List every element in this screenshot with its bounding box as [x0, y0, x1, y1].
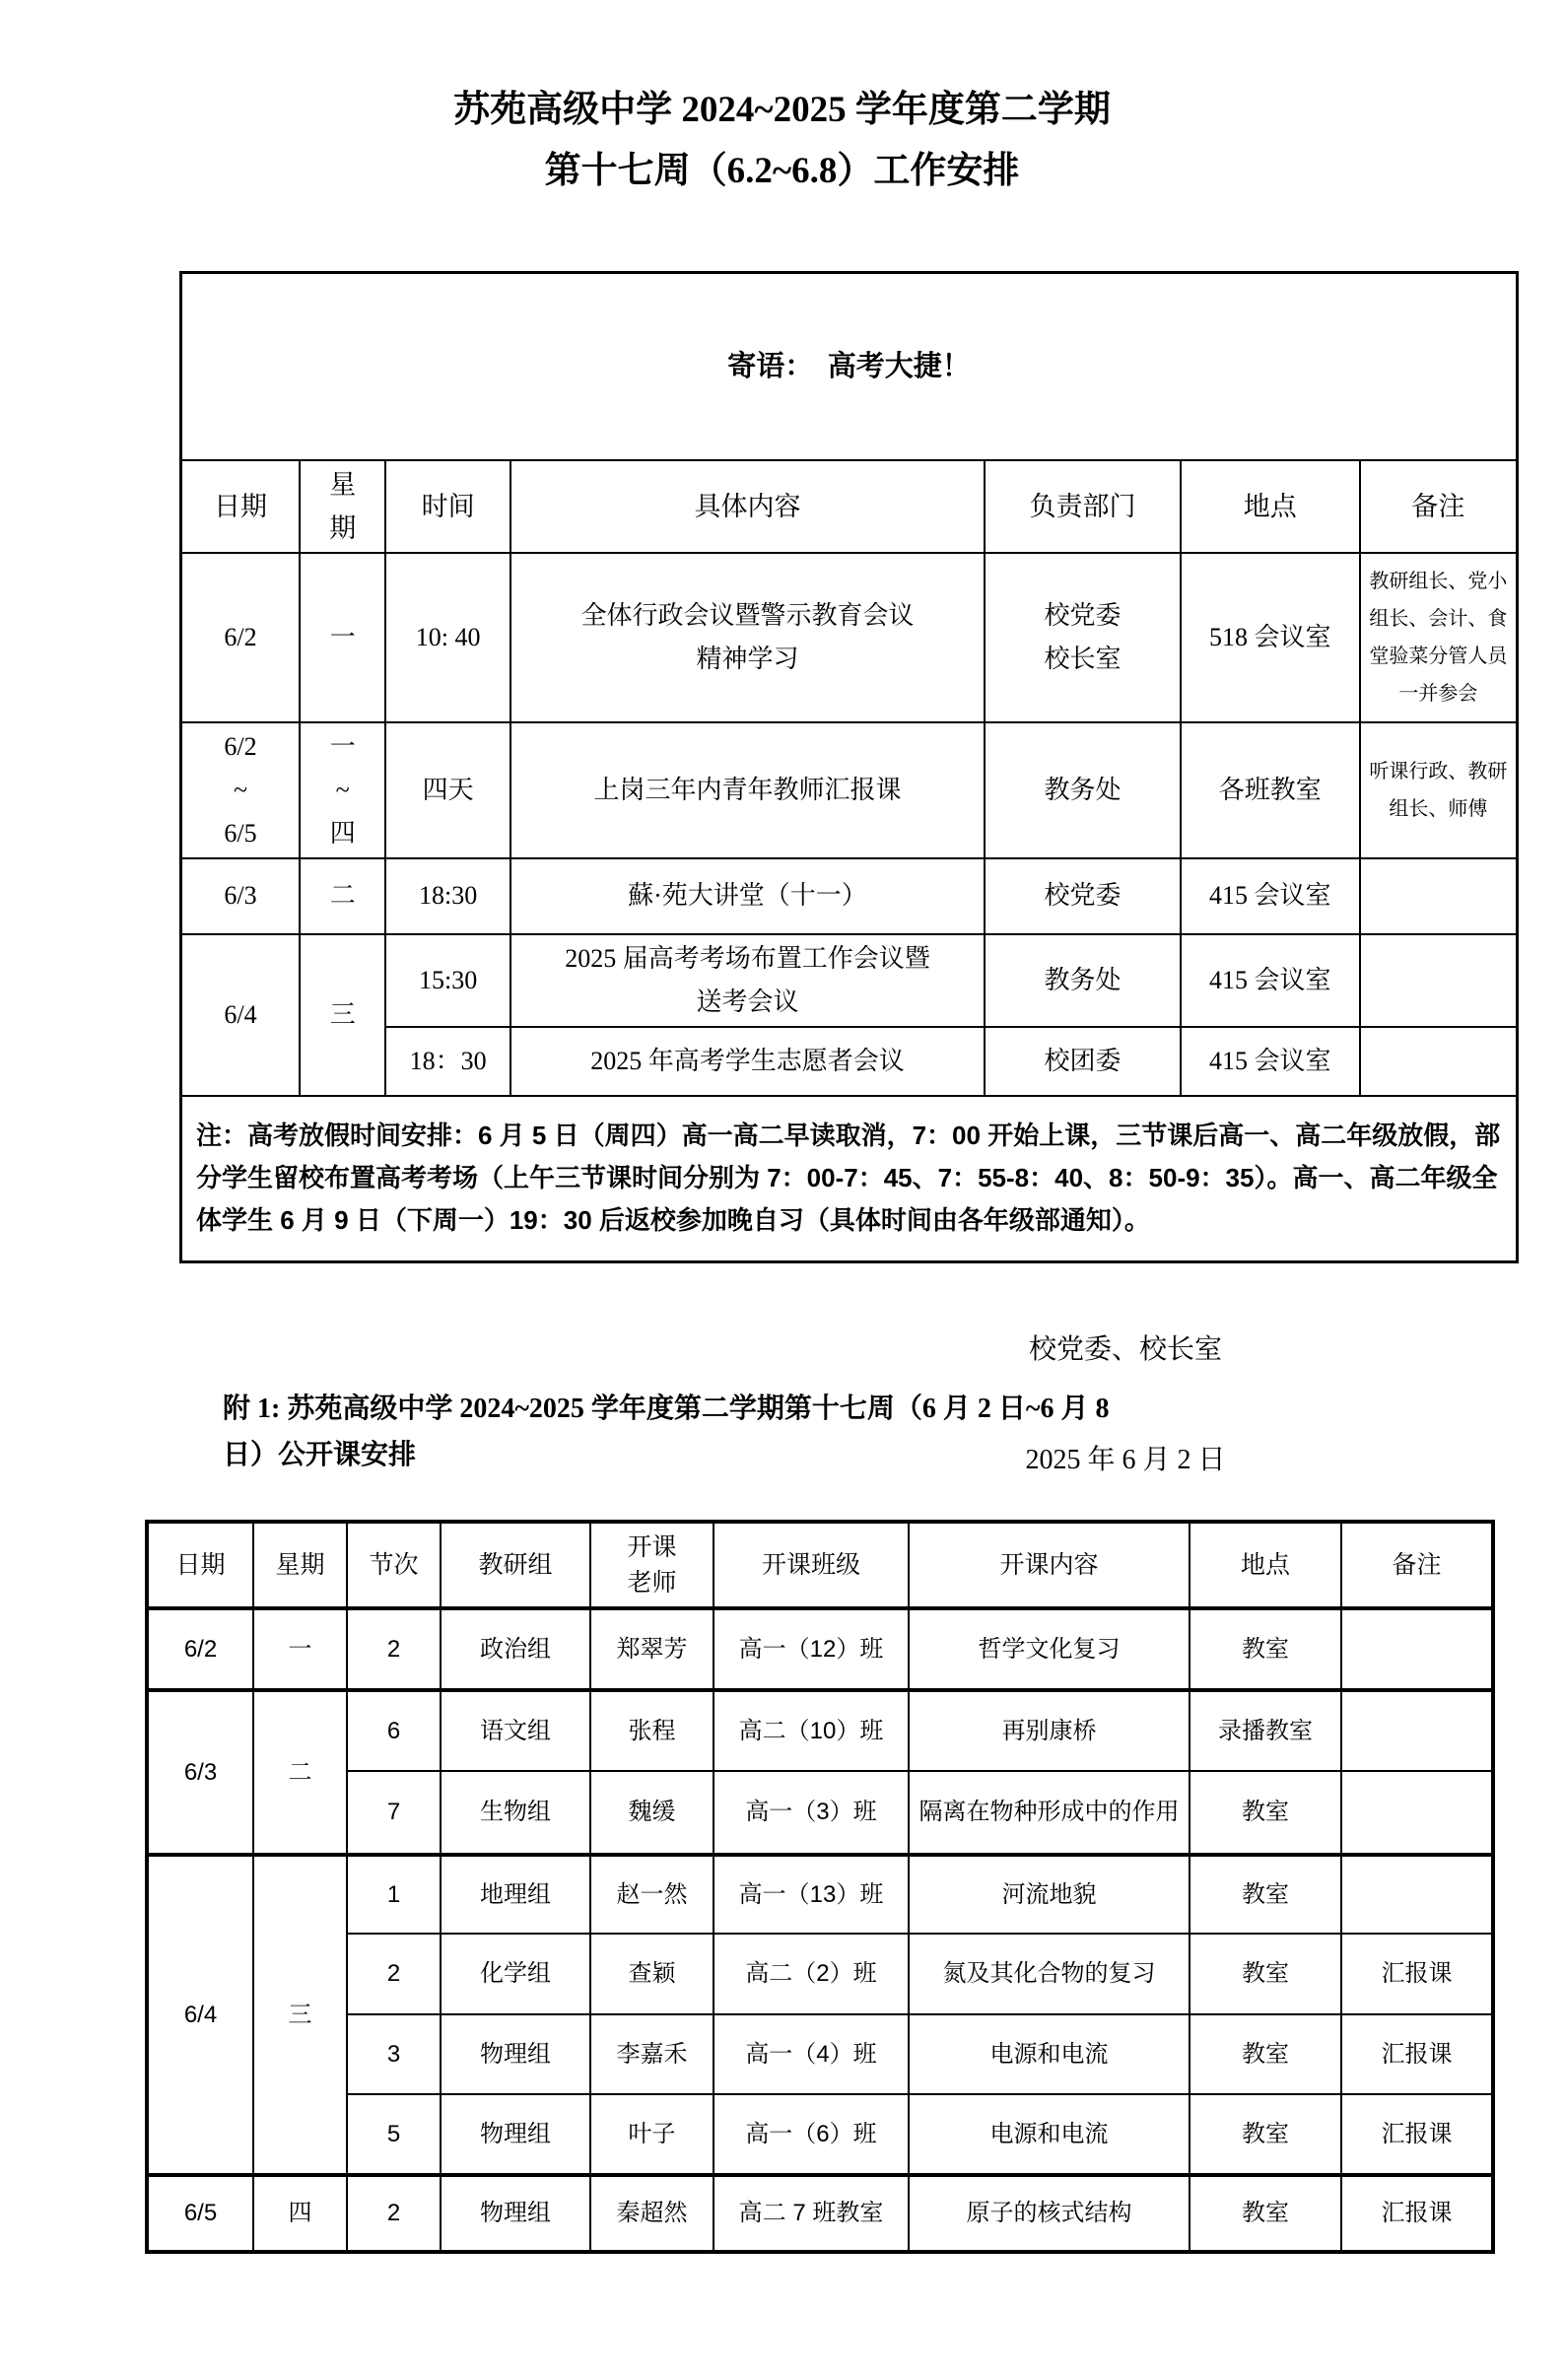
table-row: 6/3 二 6 语文组 张程 高二（10）班 再别康桥 录播教室: [147, 1690, 1493, 1771]
cell-date: 6/2 ~ 6/5: [181, 722, 301, 858]
holiday-note-text: 注：高考放假时间安排：6 月 5 日（周四）高一高二早读取消，7：00 开始上课…: [181, 1096, 1518, 1262]
open-class-schedule-table: 日期 星期 节次 教研组 开课 老师 开课班级 开课内容 地点 备注 6/2 一…: [145, 1520, 1495, 2254]
header-weekday: 星期: [253, 1522, 347, 1608]
cell-class: 高一（3）班: [714, 1771, 909, 1855]
cell-period: 1: [347, 1855, 441, 1934]
cell-remark: 汇报课: [1341, 2014, 1493, 2094]
cell-lesson-content: 隔离在物种形成中的作用: [909, 1771, 1190, 1855]
appendix-heading: 附 1: 苏苑高级中学 2024~2025 学年度第二学期第十七周（6 月 2 …: [223, 1386, 1149, 1478]
table1-header-row: 日期 星 期 时间 具体内容 负责部门 地点 备注: [181, 460, 1518, 553]
cell-lesson-content: 哲学文化复习: [909, 1608, 1190, 1690]
cell-teacher: 张程: [590, 1690, 714, 1771]
cell-remark: 听课行政、教研组长、师傅: [1360, 722, 1518, 858]
cell-remark: 汇报课: [1341, 2175, 1493, 2252]
header-teaching-group: 教研组: [441, 1522, 590, 1608]
cell-weekday: 二: [300, 858, 385, 934]
cell-place: 教室: [1190, 1771, 1341, 1855]
cell-place: 518 会议室: [1181, 553, 1360, 722]
table-row: 6/4 三 1 地理组 赵一然 高一（13）班 河流地貌 教室: [147, 1855, 1493, 1934]
cell-date: 6/3: [147, 1690, 253, 1855]
cell-place: 教室: [1190, 1855, 1341, 1934]
cell-teacher: 李嘉禾: [590, 2014, 714, 2094]
header-place: 地点: [1190, 1522, 1341, 1608]
cell-place: 教室: [1190, 1608, 1341, 1690]
cell-period: 6: [347, 1690, 441, 1771]
weekly-work-schedule-table: 寄语： 高考大捷！ 日期 星 期 时间 具体内容 负责部门 地点 备注 6/2 …: [179, 271, 1519, 1263]
cell-department: 校党委 校长室: [985, 553, 1181, 722]
cell-remark: [1360, 934, 1518, 1027]
header-time: 时间: [385, 460, 510, 553]
cell-lesson-content: 电源和电流: [909, 2094, 1190, 2175]
table-row: 3 物理组 李嘉禾 高一（4）班 电源和电流 教室 汇报课: [147, 2014, 1493, 2094]
cell-period: 5: [347, 2094, 441, 2175]
cell-content: 2025 届高考考场布置工作会议暨 送考会议: [510, 934, 985, 1027]
cell-remark: 教研组长、党小组长、会计、食堂验菜分管人员一并参会: [1360, 553, 1518, 722]
cell-place: 教室: [1190, 2014, 1341, 2094]
document-title-line1: 苏苑高级中学 2024~2025 学年度第二学期: [0, 79, 1564, 132]
cell-period: 7: [347, 1771, 441, 1855]
header-place: 地点: [1181, 460, 1360, 553]
cell-place: 录播教室: [1190, 1690, 1341, 1771]
cell-place: 各班教室: [1181, 722, 1360, 858]
motto-text: 寄语： 高考大捷！: [181, 273, 1518, 460]
header-lesson-content: 开课内容: [909, 1522, 1190, 1608]
table-row: 5 物理组 叶子 高一（6）班 电源和电流 教室 汇报课: [147, 2094, 1493, 2175]
cell-remark: [1360, 858, 1518, 934]
cell-period: 2: [347, 1934, 441, 2014]
cell-class: 高一（13）班: [714, 1855, 909, 1934]
cell-teacher: 赵一然: [590, 1855, 714, 1934]
cell-remark: [1341, 1690, 1493, 1771]
cell-content: 蘇·苑大讲堂（十一）: [510, 858, 985, 934]
cell-remark: [1341, 1771, 1493, 1855]
cell-teacher: 秦超然: [590, 2175, 714, 2252]
cell-class: 高一（4）班: [714, 2014, 909, 2094]
cell-weekday: 一: [253, 1608, 347, 1690]
table2-header-row: 日期 星期 节次 教研组 开课 老师 开课班级 开课内容 地点 备注: [147, 1522, 1493, 1608]
cell-place: 415 会议室: [1181, 1027, 1360, 1096]
cell-period: 3: [347, 2014, 441, 2094]
cell-content: 2025 年高考学生志愿者会议: [510, 1027, 985, 1096]
cell-class: 高二（2）班: [714, 1934, 909, 2014]
cell-lesson-content: 河流地貌: [909, 1855, 1190, 1934]
header-class: 开课班级: [714, 1522, 909, 1608]
table-row: 6/5 四 2 物理组 秦超然 高二 7 班教室 原子的核式结构 教室 汇报课: [147, 2175, 1493, 2252]
cell-remark: [1360, 1027, 1518, 1096]
motto-row: 寄语： 高考大捷！: [181, 273, 1518, 460]
header-remark: 备注: [1341, 1522, 1493, 1608]
cell-class: 高一（6）班: [714, 2094, 909, 2175]
cell-remark: [1341, 1855, 1493, 1934]
cell-date: 6/4: [181, 934, 301, 1096]
cell-department: 校党委: [985, 858, 1181, 934]
cell-weekday: 二: [253, 1690, 347, 1855]
cell-place: 415 会议室: [1181, 934, 1360, 1027]
cell-remark: 汇报课: [1341, 1934, 1493, 2014]
cell-date: 6/5: [147, 2175, 253, 2252]
cell-teaching-group: 语文组: [441, 1690, 590, 1771]
cell-lesson-content: 电源和电流: [909, 2014, 1190, 2094]
cell-time: 18：30: [385, 1027, 510, 1096]
cell-period: 2: [347, 2175, 441, 2252]
cell-place: 教室: [1190, 1934, 1341, 2014]
cell-teaching-group: 物理组: [441, 2094, 590, 2175]
header-teacher: 开课 老师: [590, 1522, 714, 1608]
cell-weekday: 一: [300, 553, 385, 722]
cell-place: 教室: [1190, 2094, 1341, 2175]
signature-department: 校党委、校长室: [997, 1323, 1254, 1378]
cell-place: 教室: [1190, 2175, 1341, 2252]
cell-lesson-content: 再别康桥: [909, 1690, 1190, 1771]
header-period: 节次: [347, 1522, 441, 1608]
table-row: 6/2 一 10: 40 全体行政会议暨警示教育会议 精神学习 校党委 校长室 …: [181, 553, 1518, 722]
cell-teacher: 叶子: [590, 2094, 714, 2175]
cell-time: 10: 40: [385, 553, 510, 722]
cell-date: 6/3: [181, 858, 301, 934]
table-row: 2 化学组 查颖 高二（2）班 氮及其化合物的复习 教室 汇报课: [147, 1934, 1493, 2014]
cell-lesson-content: 氮及其化合物的复习: [909, 1934, 1190, 2014]
document-title-line2: 第十七周（6.2~6.8）工作安排: [0, 140, 1564, 193]
document-page: 苏苑高级中学 2024~2025 学年度第二学期 第十七周（6.2~6.8）工作…: [0, 0, 1564, 2380]
cell-remark: [1341, 1608, 1493, 1690]
cell-teacher: 魏缓: [590, 1771, 714, 1855]
table-row: 6/2 ~ 6/5 一 ~ 四 四天 上岗三年内青年教师汇报课 教务处 各班教室…: [181, 722, 1518, 858]
cell-teaching-group: 物理组: [441, 2014, 590, 2094]
cell-content: 全体行政会议暨警示教育会议 精神学习: [510, 553, 985, 722]
cell-period: 2: [347, 1608, 441, 1690]
cell-class: 高一（12）班: [714, 1608, 909, 1690]
header-department: 负责部门: [985, 460, 1181, 553]
cell-lesson-content: 原子的核式结构: [909, 2175, 1190, 2252]
cell-date: 6/2: [147, 1608, 253, 1690]
cell-place: 415 会议室: [1181, 858, 1360, 934]
table-row: 6/2 一 2 政治组 郑翠芳 高一（12）班 哲学文化复习 教室: [147, 1608, 1493, 1690]
cell-weekday: 三: [253, 1855, 347, 2175]
cell-teaching-group: 化学组: [441, 1934, 590, 2014]
header-content: 具体内容: [510, 460, 985, 553]
cell-department: 教务处: [985, 722, 1181, 858]
cell-weekday: 四: [253, 2175, 347, 2252]
cell-teaching-group: 地理组: [441, 1855, 590, 1934]
cell-teaching-group: 生物组: [441, 1771, 590, 1855]
cell-content: 上岗三年内青年教师汇报课: [510, 722, 985, 858]
cell-weekday: 一 ~ 四: [300, 722, 385, 858]
cell-remark: 汇报课: [1341, 2094, 1493, 2175]
cell-department: 校团委: [985, 1027, 1181, 1096]
cell-time: 四天: [385, 722, 510, 858]
table-row: 6/3 二 18:30 蘇·苑大讲堂（十一） 校党委 415 会议室: [181, 858, 1518, 934]
cell-department: 教务处: [985, 934, 1181, 1027]
cell-date: 6/4: [147, 1855, 253, 2175]
header-date: 日期: [147, 1522, 253, 1608]
cell-teacher: 郑翠芳: [590, 1608, 714, 1690]
cell-class: 高二（10）班: [714, 1690, 909, 1771]
header-date: 日期: [181, 460, 301, 553]
cell-teaching-group: 物理组: [441, 2175, 590, 2252]
note-row: 注：高考放假时间安排：6 月 5 日（周四）高一高二早读取消，7：00 开始上课…: [181, 1096, 1518, 1262]
header-weekday: 星 期: [300, 460, 385, 553]
cell-time: 18:30: [385, 858, 510, 934]
table-row: 7 生物组 魏缓 高一（3）班 隔离在物种形成中的作用 教室: [147, 1771, 1493, 1855]
header-remark: 备注: [1360, 460, 1518, 553]
cell-weekday: 三: [300, 934, 385, 1096]
cell-date: 6/2: [181, 553, 301, 722]
cell-time: 15:30: [385, 934, 510, 1027]
table-row: 6/4 三 15:30 2025 届高考考场布置工作会议暨 送考会议 教务处 4…: [181, 934, 1518, 1027]
cell-teacher: 查颖: [590, 1934, 714, 2014]
cell-teaching-group: 政治组: [441, 1608, 590, 1690]
cell-class: 高二 7 班教室: [714, 2175, 909, 2252]
